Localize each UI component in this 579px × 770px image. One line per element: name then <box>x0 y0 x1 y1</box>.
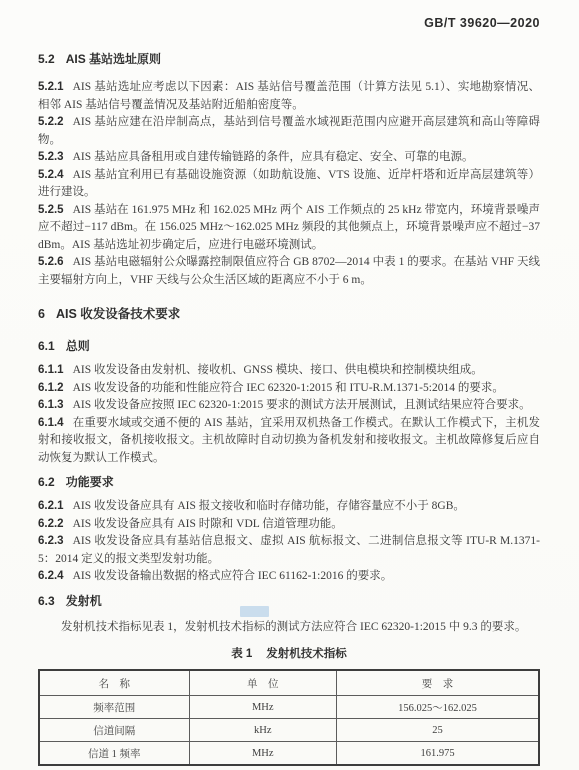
table-caption: 表 1发射机技术指标 <box>38 647 540 661</box>
clause-number: 5.2.1 <box>38 81 64 93</box>
section-number: 6.1 <box>38 339 55 353</box>
section-title: 总则 <box>66 339 90 353</box>
clause-number: 6.2.3 <box>38 535 64 547</box>
section-number: 6.3 <box>38 594 55 608</box>
section-title: 功能要求 <box>66 475 114 489</box>
transmitter-spec-table: 名 称 单 位 要 求 频率范围 MHz 156.025～162.025 信道间… <box>38 669 540 766</box>
cell-name: 信道间隔 <box>39 719 189 742</box>
clause-6-1-1: 6.1.1AIS 收发设备由发射机、接收机、GNSS 模块、接口、供电模块和控制… <box>38 362 540 380</box>
cell-name: 信道 1 频率 <box>39 742 189 766</box>
section-number: 6 <box>38 307 45 321</box>
clause-text: AIS 基站宜利用已有基础设施资源（如助航设施、VTS 设施、近岸杆塔和近岸高层… <box>38 169 540 199</box>
clause-text: AIS 基站在 161.975 MHz 和 162.025 MHz 两个 AIS… <box>38 204 540 251</box>
clause-text: AIS 收发设备应具有 AIS 报文接收和临时存储功能，存储容量应不小于 8GB… <box>73 500 465 512</box>
clause-5-2-2: 5.2.2AIS 基站应建在沿岸制高点，基站到信号覆盖水域视距范围内应避开高层建… <box>38 114 540 149</box>
cell-name: 频率范围 <box>39 696 189 719</box>
clause-text: AIS 收发设备应按照 IEC 62320-1:2015 要求的测试方法开展测试… <box>73 399 531 411</box>
table-row: 频率范围 MHz 156.025～162.025 <box>39 696 539 719</box>
clause-number: 5.2.4 <box>38 169 64 181</box>
clause-number: 5.2.5 <box>38 204 64 216</box>
clause-text: AIS 收发设备应具有 AIS 时隙和 VDL 信道管理功能。 <box>73 518 343 530</box>
section-heading-6-1: 6.1总则 <box>38 339 540 354</box>
clause-text: AIS 基站电磁辐射公众曝露控制限值应符合 GB 8702—2014 中表 1 … <box>38 256 540 286</box>
table-row: 信道 1 频率 MHz 161.975 <box>39 742 539 766</box>
transmitter-intro-paragraph: 发射机技术指标见表 1，发射机技术指标的测试方法应符合 IEC 62320-1:… <box>38 619 540 637</box>
clause-6-2-3: 6.2.3AIS 收发设备应具有基站信息报文、虚拟 AIS 航标报文、二进制信息… <box>38 533 540 568</box>
clause-number: 6.2.2 <box>38 518 64 530</box>
clause-number: 6.2.1 <box>38 500 64 512</box>
clause-text: AIS 收发设备应具有基站信息报文、虚拟 AIS 航标报文、二进制信息报文等 I… <box>38 535 540 565</box>
clause-number: 5.2.2 <box>38 116 64 128</box>
table-caption-label: 表 1 <box>231 648 252 660</box>
table-caption-title: 发射机技术指标 <box>266 648 347 660</box>
clause-text: AIS 基站应建在沿岸制高点，基站到信号覆盖水域视距范围内应避开高层建筑和高山等… <box>38 116 540 146</box>
clause-6-1-4: 6.1.4在重要水域或交通不便的 AIS 基站，宜采用双机热备工作模式。在默认工… <box>38 415 540 468</box>
table-header-row: 名 称 单 位 要 求 <box>39 670 539 696</box>
table-row: 信道间隔 kHz 25 <box>39 719 539 742</box>
clause-text: 在重要水域或交通不便的 AIS 基站，宜采用双机热备工作模式。在默认工作模式下，… <box>38 417 540 464</box>
clause-6-1-2: 6.1.2AIS 收发设备的功能和性能应符合 IEC 62320-1:2015 … <box>38 380 540 398</box>
clause-5-2-5: 5.2.5AIS 基站在 161.975 MHz 和 162.025 MHz 两… <box>38 202 540 255</box>
clause-6-2-1: 6.2.1AIS 收发设备应具有 AIS 报文接收和临时存储功能，存储容量应不小… <box>38 498 540 516</box>
cell-unit: MHz <box>189 696 337 719</box>
column-header-requirement: 要 求 <box>337 670 540 696</box>
section-number: 5.2 <box>38 52 55 66</box>
clause-number: 6.2.4 <box>38 570 64 582</box>
cell-unit: MHz <box>189 742 337 766</box>
doc-number: GB/T 39620—2020 <box>424 16 540 30</box>
section-title: 发射机 <box>66 594 102 608</box>
section-heading-6-2: 6.2功能要求 <box>38 475 540 490</box>
section-heading-6-3: 6.3发射机 <box>38 594 540 609</box>
clause-number: 6.1.4 <box>38 417 64 429</box>
section-number: 6.2 <box>38 475 55 489</box>
clause-text: AIS 基站选址应考虑以下因素：AIS 基站信号覆盖范围（计算方法见 5.1）、… <box>38 81 540 111</box>
clause-5-2-1: 5.2.1AIS 基站选址应考虑以下因素：AIS 基站信号覆盖范围（计算方法见 … <box>38 79 540 114</box>
section-heading-6: 6AIS 收发设备技术要求 <box>38 307 540 322</box>
clause-text: AIS 收发设备由发射机、接收机、GNSS 模块、接口、供电模块和控制模块组成。 <box>73 364 483 376</box>
column-header-name: 名 称 <box>39 670 189 696</box>
cell-requirement: 161.975 <box>337 742 540 766</box>
clause-6-2-2: 6.2.2AIS 收发设备应具有 AIS 时隙和 VDL 信道管理功能。 <box>38 516 540 534</box>
column-header-unit: 单 位 <box>189 670 337 696</box>
clause-number: 5.2.3 <box>38 151 64 163</box>
clause-text: AIS 收发设备的功能和性能应符合 IEC 62320-1:2015 和 ITU… <box>73 382 504 394</box>
clause-number: 6.1.3 <box>38 399 64 411</box>
page-content: 5.2AIS 基站选址原则 5.2.1AIS 基站选址应考虑以下因素：AIS 基… <box>38 48 540 766</box>
clause-number: 6.1.1 <box>38 364 64 376</box>
clause-5-2-6: 5.2.6AIS 基站电磁辐射公众曝露控制限值应符合 GB 8702—2014 … <box>38 254 540 289</box>
section-heading-5-2: 5.2AIS 基站选址原则 <box>38 52 540 67</box>
clause-6-2-4: 6.2.4AIS 收发设备输出数据的格式应符合 IEC 61162-1:2016… <box>38 568 540 586</box>
blue-scan-artifact <box>240 606 269 617</box>
clause-number: 5.2.6 <box>38 256 64 268</box>
section-title: AIS 基站选址原则 <box>66 52 161 66</box>
cell-unit: kHz <box>189 719 337 742</box>
clause-text: AIS 基站应具备租用或自建传输链路的条件，应具有稳定、安全、可靠的电源。 <box>73 151 474 163</box>
section-title: AIS 收发设备技术要求 <box>56 307 180 321</box>
clause-5-2-4: 5.2.4AIS 基站宜利用已有基础设施资源（如助航设施、VTS 设施、近岸杆塔… <box>38 167 540 202</box>
document-page: GB/T 39620—2020 5.2AIS 基站选址原则 5.2.1AIS 基… <box>0 0 579 770</box>
clause-number: 6.1.2 <box>38 382 64 394</box>
clause-6-1-3: 6.1.3AIS 收发设备应按照 IEC 62320-1:2015 要求的测试方… <box>38 397 540 415</box>
clause-text: AIS 收发设备输出数据的格式应符合 IEC 61162-1:2016 的要求。 <box>73 570 393 582</box>
cell-requirement: 25 <box>337 719 540 742</box>
cell-requirement: 156.025～162.025 <box>337 696 540 719</box>
clause-5-2-3: 5.2.3AIS 基站应具备租用或自建传输链路的条件，应具有稳定、安全、可靠的电… <box>38 149 540 167</box>
